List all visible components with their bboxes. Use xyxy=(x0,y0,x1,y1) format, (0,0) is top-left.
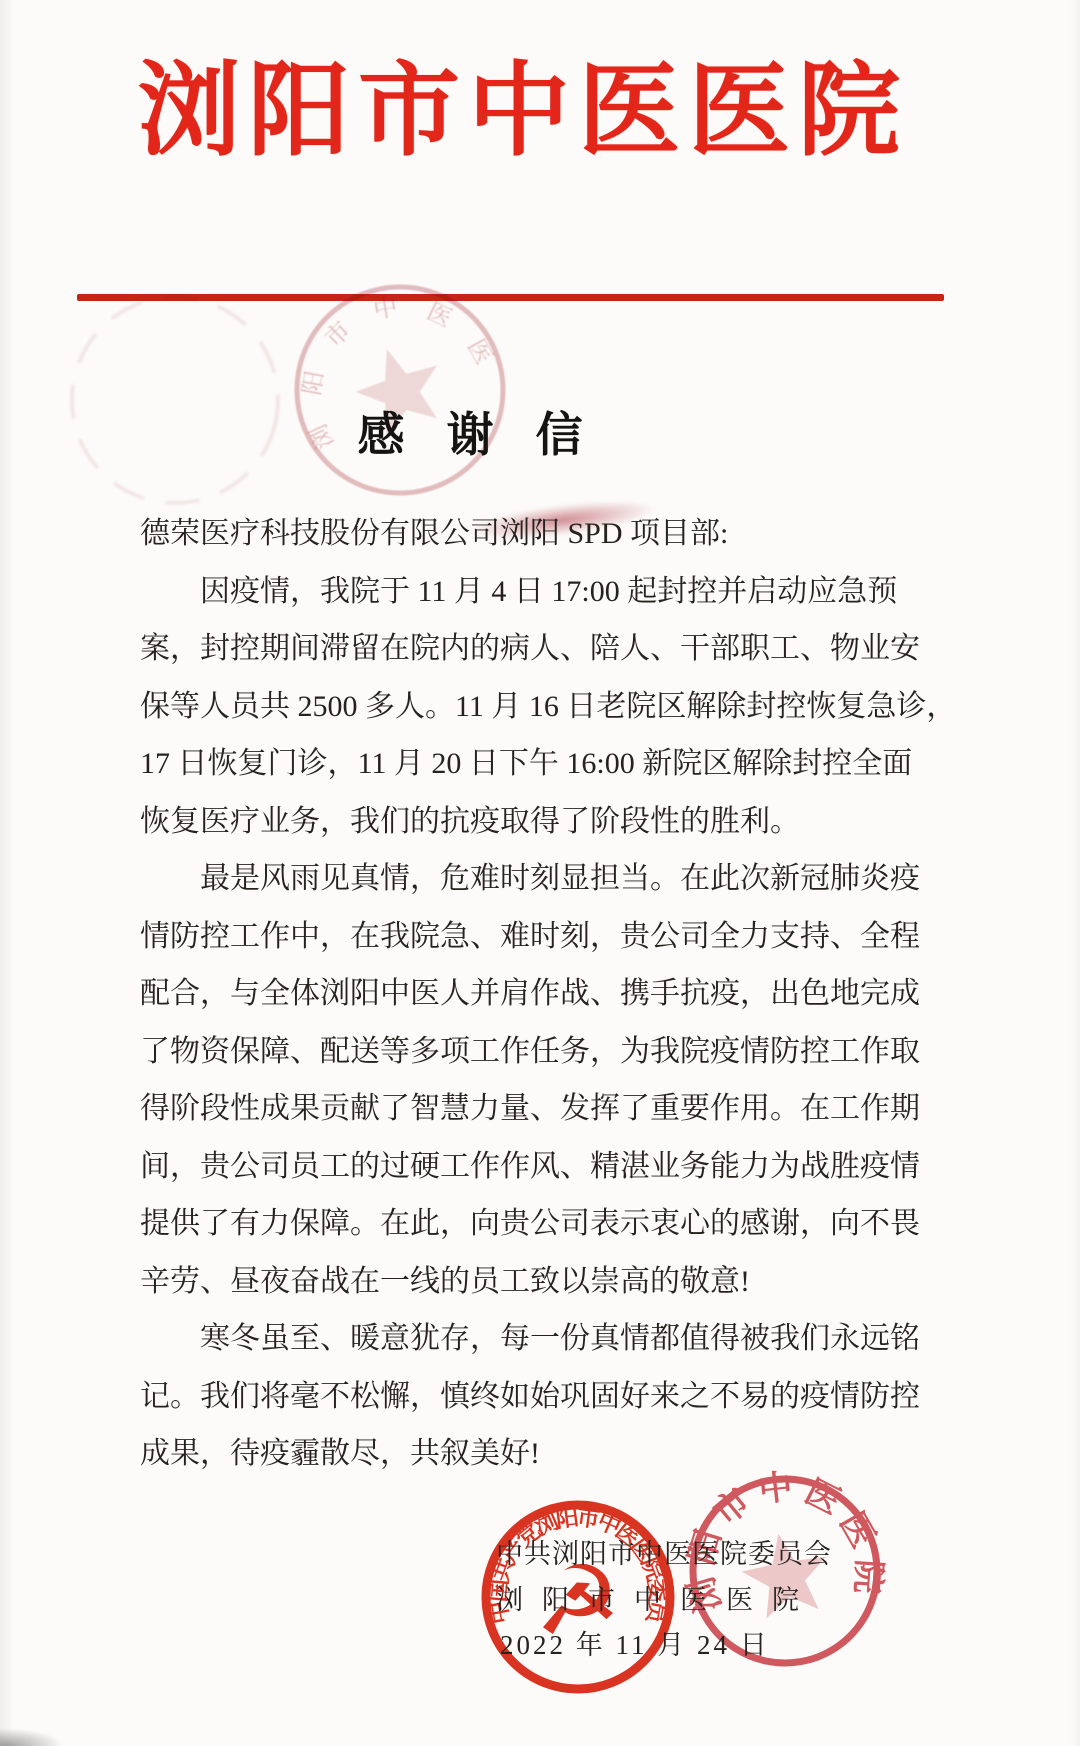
body-line: 案，封控期间滞留在院内的病人、陪人、干部职工、物业安 xyxy=(140,620,940,678)
letter-page: 浏阳市中医医院 浏阳市中医医院 感谢信 德荣医疗科技股份有限公司浏阳 SPD 项… xyxy=(0,0,1080,1746)
hospital-letterhead-title: 浏阳市中医医院 xyxy=(0,38,1063,188)
body-line: 最是风雨见真情，危难时刻显担当。在此次新冠肺炎疫 xyxy=(140,850,940,908)
letter-body: 德荣医疗科技股份有限公司浏阳 SPD 项目部: 因疫情，我院于 11 月 4 日… xyxy=(140,505,940,1483)
faded-partial-stamp xyxy=(36,261,315,540)
letter-title: 感谢信 xyxy=(0,408,1031,464)
body-line: 得阶段性成果贡献了智慧力量、发挥了重要作用。在工作期 xyxy=(140,1080,940,1138)
signature-committee: 中共浏阳市中医医院委员会 xyxy=(496,1532,832,1571)
body-line: 间，贵公司员工的过硬工作作风、精湛业务能力为战胜疫情 xyxy=(140,1138,940,1196)
body-line: 提供了有力保障。在此，向贵公司表示衷心的感谢，向不畏 xyxy=(140,1195,940,1253)
body-line: 配合，与全体浏阳中医人并肩作战、携手抗疫，出色地完成 xyxy=(140,965,940,1023)
scan-corner-smudge xyxy=(0,1728,64,1746)
body-line: 恢复医疗业务，我们的抗疫取得了阶段性的胜利。 xyxy=(140,793,940,851)
body-line: 寒冬虽至、暖意犹存，每一份真情都值得被我们永远铭 xyxy=(140,1310,940,1368)
body-line: 17 日恢复门诊，11 月 20 日下午 16:00 新院区解除封控全面 xyxy=(140,735,940,793)
body-line: 因疫情，我院于 11 月 4 日 17:00 起封控并启动应急预 xyxy=(140,563,940,621)
signature-date: 2022 年 11 月 24 日 xyxy=(500,1623,770,1662)
faded-round-stamp: 浏阳市中医医院 xyxy=(255,245,545,535)
body-line: 了物资保障、配送等多项工作任务，为我院疫情防控工作取 xyxy=(140,1023,940,1081)
signature-hospital: 浏阳市中医医院 xyxy=(496,1578,818,1617)
body-line: 保等人员共 2500 多人。11 月 16 日老院区解除封控恢复急诊， xyxy=(140,678,940,736)
body-line: 情防控工作中，在我院急、难时刻，贵公司全力支持、全程 xyxy=(140,908,940,966)
body-line: 辛劳、昼夜奋战在一线的员工致以崇高的敬意! xyxy=(140,1253,940,1311)
salutation: 德荣医疗科技股份有限公司浏阳 SPD 项目部: xyxy=(140,505,940,563)
body-line: 记。我们将毫不松懈，慎终如始巩固好来之不易的疫情防控 xyxy=(140,1368,940,1426)
